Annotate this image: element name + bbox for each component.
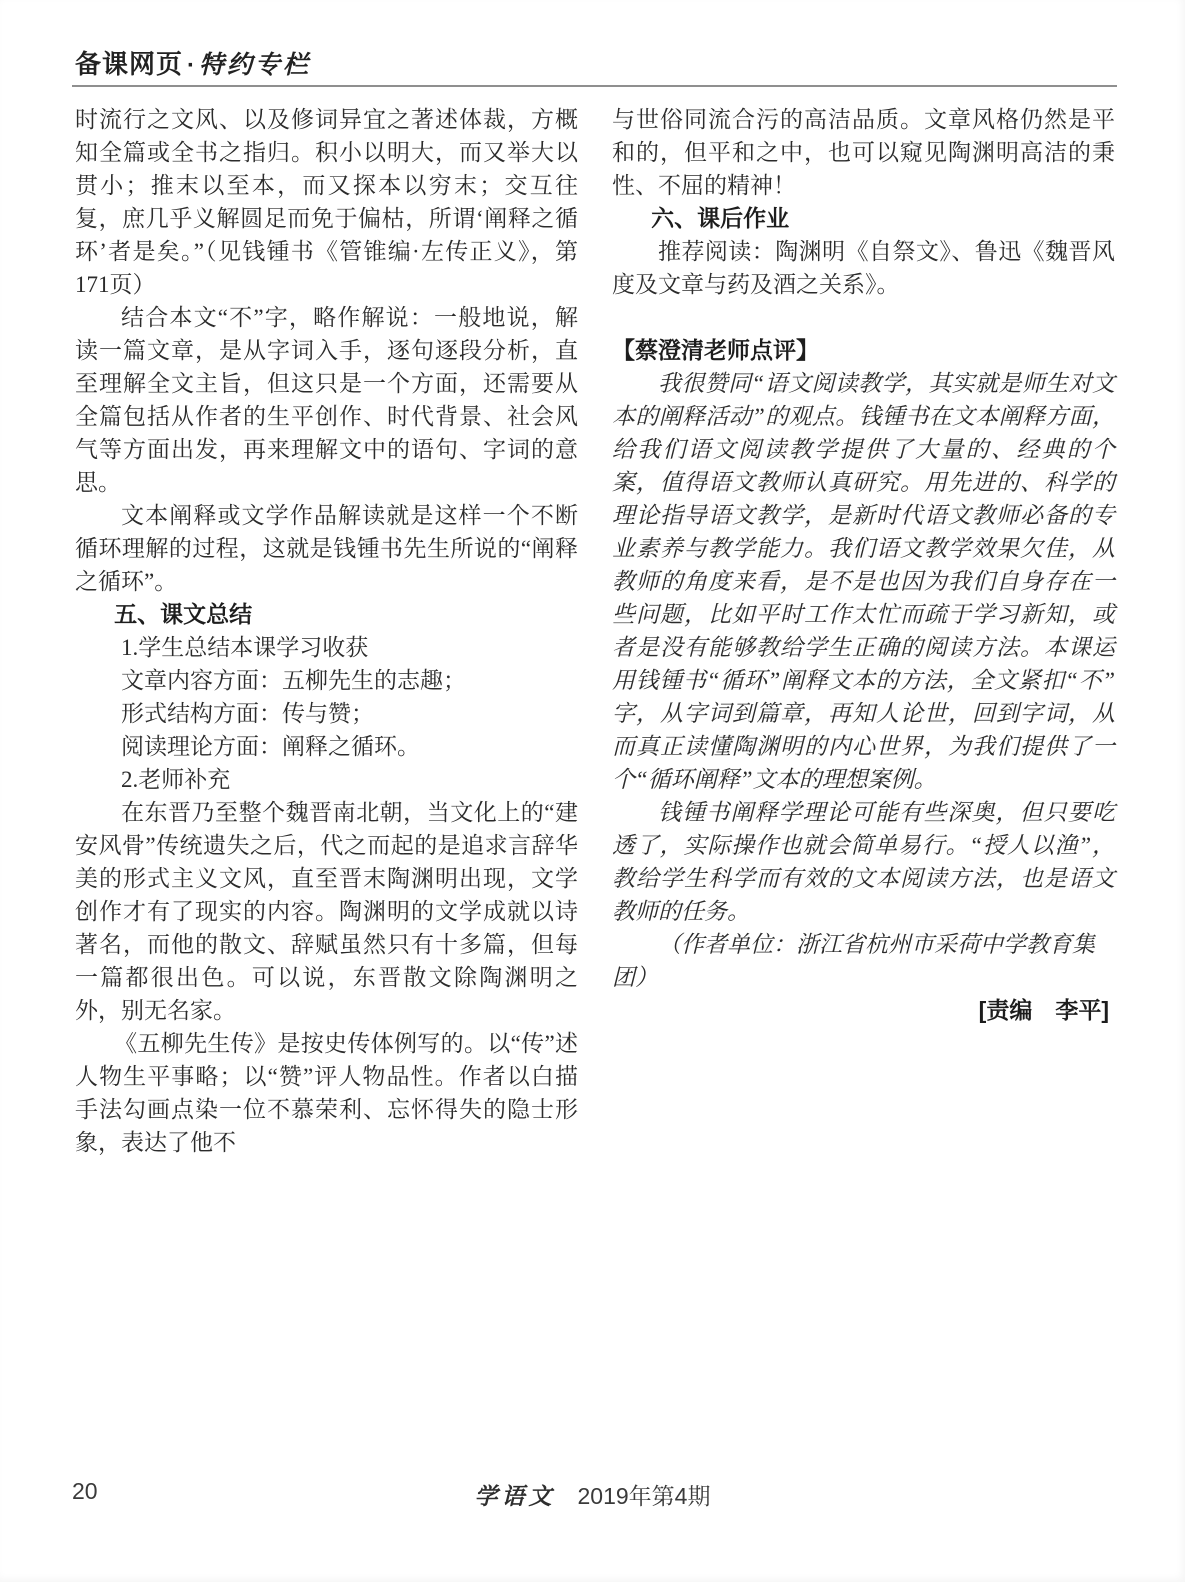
paragraph-teacher-supplement: 在东晋乃至整个魏晋南北朝，当文化上的“建安风骨”传统遗失之后，代之而起的是追求言… [75, 796, 578, 1027]
left-column: 时流行之文风、以及修词异宜之著述体裁，方概知全篇或全书之指归。积小以明大，而又举… [75, 103, 578, 1159]
paragraph-quote-continuation: 时流行之文风、以及修词异宜之著述体裁，方概知全篇或全书之指归。积小以明大，而又举… [75, 103, 578, 301]
column-section-title: 备课网页 [75, 44, 183, 81]
section-heading-homework: 六、课后作业 [612, 202, 1115, 235]
journal-name: 学语文 [475, 1484, 556, 1509]
summary-item-1: 1.学生总结本课学习收获 [75, 631, 578, 664]
summary-item-3: 形式结构方面：传与赞； [75, 697, 578, 730]
paragraph-comment-2: 钱锺书阐释学理论可能有些深奥，但只要吃透了，实际操作也就会简单易行。“授人以渔”… [612, 796, 1115, 928]
section-heading-lesson-summary: 五、课文总结 [75, 598, 578, 631]
summary-item-5: 2.老师补充 [75, 763, 578, 796]
two-column-body: 时流行之文风、以及修词异宜之著述体裁，方概知全篇或全书之指归。积小以明大，而又举… [75, 103, 1115, 1159]
responsible-editor: [责编 李平] [612, 994, 1115, 1027]
paragraph-comment-1: 我很赞同“语文阅读教学，其实就是师生对文本的阐释活动”的观点。钱锺书在文本阐释方… [612, 367, 1115, 796]
page-footer: 20 学语文 2019年第4期 [0, 1478, 1185, 1512]
header-divider-rule [72, 85, 1117, 87]
column-section-subtitle: 特约专栏 [199, 45, 311, 81]
author-affiliation: （作者单位：浙江省杭州市采荷中学教育集团） [612, 928, 1115, 994]
right-column: 与世俗同流合污的高洁品质。文章风格仍然是平和的，但平和之中，也可以窥见陶渊明高洁… [612, 103, 1115, 1159]
page-header: 备课网页 · 特约专栏 [75, 44, 1117, 81]
paragraph-cycle: 文本阐释或文学作品解读就是这样一个不断循环理解的过程，这就是钱锺书先生所说的“阐… [75, 499, 578, 598]
paragraph-continuation: 与世俗同流合污的高洁品质。文章风格仍然是平和的，但平和之中，也可以窥见陶渊明高洁… [612, 103, 1115, 202]
header-separator-dot: · [187, 52, 195, 80]
journal-footer-line: 学语文 2019年第4期 [0, 1478, 1185, 1511]
summary-item-4: 阅读理论方面：阐释之循环。 [75, 730, 578, 763]
paragraph-recommended-reading: 推荐阅读：陶渊明《自祭文》、鲁迅《魏晋风度及文章与药及酒之关系》。 [612, 235, 1115, 301]
journal-issue: 2019年第4期 [578, 1483, 711, 1509]
summary-item-2: 文章内容方面：五柳先生的志趣； [75, 664, 578, 697]
paragraph-explanation: 结合本文“不”字，略作解说：一般地说，解读一篇文章，是从字词入手，逐句逐段分析，… [75, 301, 578, 499]
paragraph-wuliu-biography: 《五柳先生传》是按史传体例写的。以“传”述人物生平事略；以“赞”评人物品性。作者… [75, 1027, 578, 1159]
scanned-journal-page: 备课网页 · 特约专栏 时流行之文风、以及修词异宜之著述体裁，方概知全篇或全书之… [0, 0, 1185, 1582]
section-heading-teacher-comment: 【蔡澄清老师点评】 [612, 334, 1115, 367]
